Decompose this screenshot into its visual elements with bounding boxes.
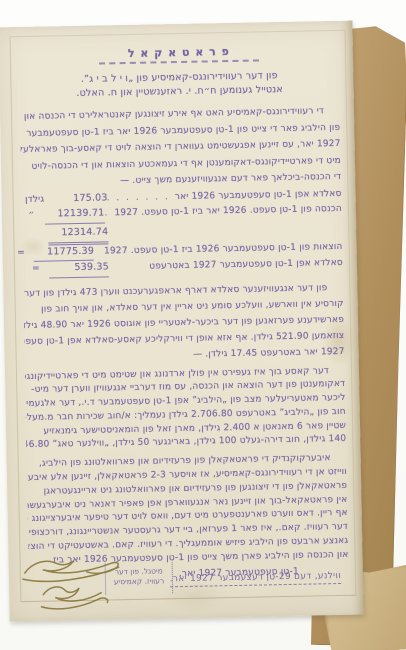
- paragraph-saldo-correction: פון דער אנגעוויזענער סאלדא דארף אראפגערע…: [23, 279, 344, 365]
- accounts-table: סאלדא אפן 1-טן סעפטעמבער 1926 יאר . . . …: [22, 186, 344, 278]
- scan-background: פ ר א ט א ק א ל פון דער רעווידירונגס-קאמ…: [0, 0, 406, 650]
- paragraph-protocols-review: איבערקוקנדיק די פראטאקאלן פון פרעזידיום …: [27, 452, 349, 568]
- dot-leader: . .: [104, 206, 114, 221]
- document-page: פ ר א ט א ק א ל פון דער רעווידירונגס-קאמ…: [0, 21, 364, 622]
- account-value: 539.35: [49, 260, 109, 278]
- typewritten-text: פ ר א ט א ק א ל פון דער רעווידירונגס-קאמ…: [0, 21, 364, 622]
- account-unit: גילדן: [22, 192, 48, 207]
- account-unit: =: [8, 245, 34, 260]
- dot-leader: [108, 229, 342, 233]
- attestation-line: מיטגל. פון דער: [109, 566, 169, 577]
- account-value: 175.03: [47, 191, 107, 208]
- account-label: סאלדא אפן 1-טן סעפטעמבער 1927 באטרעפט: [149, 256, 343, 274]
- dot-leader: . . . . . . . . .: [107, 190, 174, 206]
- account-value: 12314.74: [48, 223, 108, 245]
- subtitle-present-line: אנטייל גענומען ח״ח. י. ראזענשטיין און ח.…: [20, 83, 340, 100]
- title-dashed-rule: [99, 59, 259, 64]
- attestation-line: רעוויז. קאמיסיע: [109, 576, 169, 587]
- paragraph-audit-scope: די רעווידירונגס-קאמיסיע האט אף אירע זיצו…: [20, 103, 342, 192]
- account-unit: =: [23, 262, 49, 277]
- account-value: 11775.39: [34, 244, 94, 262]
- document-title: פ ר א ט א ק א ל: [19, 43, 339, 62]
- account-value: 12139.71: [44, 206, 104, 224]
- dot-leader: [109, 269, 149, 270]
- paragraph-cashbook-debts: דער קאסע בוך איז געפירט אין פולן ארדנונג…: [25, 364, 347, 453]
- attestation-bracket: מיטגל. פון דער רעוויז. קאמיסיע: [105, 562, 174, 594]
- account-unit: ״: [18, 208, 44, 223]
- account-label: הכנסה פון 1-טן סעפט. 1926 יאר ביז 1-טן ס…: [114, 202, 342, 221]
